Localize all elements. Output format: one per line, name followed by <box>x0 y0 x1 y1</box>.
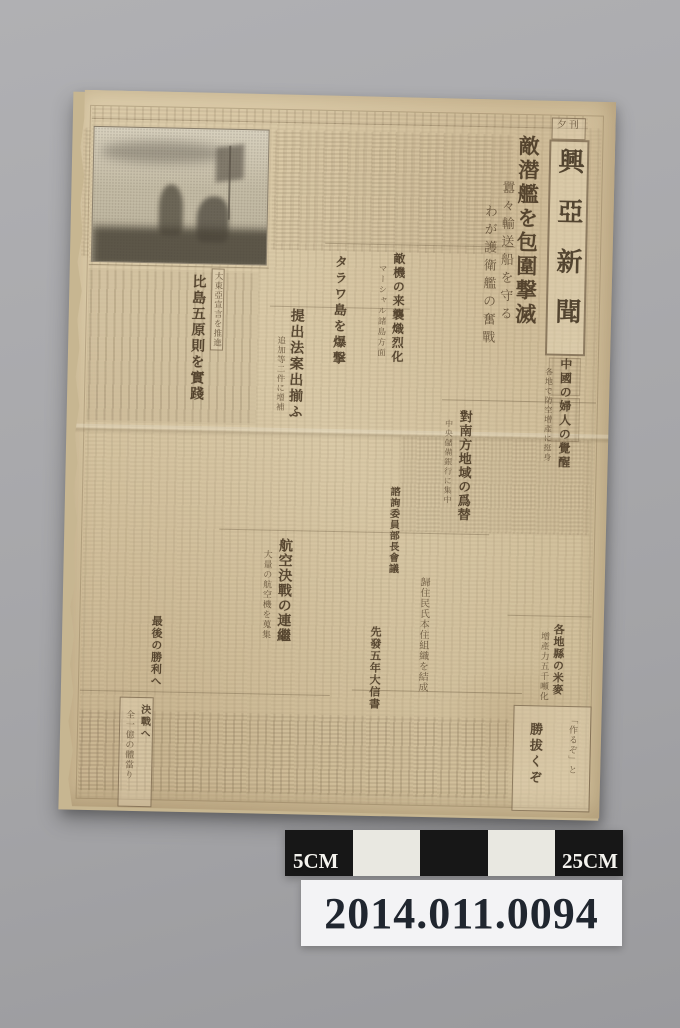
halftone-overlay <box>92 127 269 265</box>
newspaper-page: 夕刊 興亞新聞 敵潜艦を包圍撃滅 囂々輸送船を守る わが護衛艦の奮戰 敵機の来襲… <box>63 90 616 819</box>
make-win-line2: 勝拔くぞ <box>526 708 541 808</box>
headline-china-title: 中國の婦人の覺醒 <box>558 358 572 464</box>
make-win-line1: 「作るぞ」と <box>565 709 576 809</box>
headline-aviation-title: 航空決戰の連繼 <box>276 538 292 636</box>
headline-letter-title: 先發五年大信書 <box>369 626 382 708</box>
headline-raid-title: 敵機の来襲熾烈化 <box>391 252 405 364</box>
scale-segment-white <box>488 830 556 876</box>
scale-segment-white <box>353 830 421 876</box>
headline-rice-sub: 增產力五千噸化 <box>538 631 549 711</box>
headline-philippines-kicker: 大東亞宣言を推進 <box>210 268 224 350</box>
photo-scale-bar: 5CM 25CM <box>285 830 623 876</box>
headline-exchange-title: 對南方地域の爲替 <box>456 410 471 506</box>
battle-callout-box: 決戰へ 全一億の體當り <box>117 697 153 808</box>
battle-box-line2: 全一億の體當り <box>122 700 133 804</box>
masthead-title: 興亞新聞 <box>552 142 582 354</box>
headline-main-sub1: 囂々輸送船を守る <box>497 180 513 340</box>
headline-victory-title: 最後の勝利へ <box>150 615 163 691</box>
headline-aviation-sub: 大量の航空機を蒐集 <box>260 550 271 646</box>
battle-box-line1: 決戰へ <box>137 700 149 804</box>
headline-tarawa-title: タラワ島を爆撃 <box>331 255 346 367</box>
make-win-callout-box: 「作るぞ」と 勝拔くぞ <box>511 705 591 813</box>
edition-label: 夕刊 <box>551 118 585 141</box>
headline-rice-title: 各地縣の米麥 <box>552 624 565 700</box>
headline-residents-title: 歸住民氏本住組織を結成 <box>416 577 428 689</box>
news-photo <box>91 126 270 266</box>
headline-main-title: 敵潜艦を包圍撃滅 <box>514 135 539 345</box>
headline-bills-title: 提出法案出揃ふ <box>287 308 303 426</box>
scale-label-25cm: 25CM <box>562 849 618 874</box>
masthead: 興亞新聞 <box>545 139 590 356</box>
headline-exchange-sub: 中央儲備銀行に集中 <box>443 419 453 505</box>
photograph-stage: 夕刊 興亞新聞 敵潜艦を包圍撃滅 囂々輸送船を守る わが護衛艦の奮戰 敵機の来襲… <box>0 0 680 1028</box>
scale-label-5cm: 5CM <box>293 849 339 874</box>
headline-main-sub2: わが護衛艦の奮戰 <box>480 204 496 364</box>
headline-bills-sub: 追加等二件に增補 <box>275 336 285 418</box>
headline-council-title: 諮詢委員部長會議 <box>386 486 398 578</box>
headline-raid-sub: マーシャル諸島方面 <box>376 264 387 360</box>
headline-china-sub: 各地で防空增產に挺身 <box>543 367 553 461</box>
scale-segment-black <box>420 830 488 876</box>
catalog-number-label: 2014.011.0094 <box>301 880 622 946</box>
catalog-number: 2014.011.0094 <box>324 888 599 939</box>
headline-philippines-title: 比島五原則を實踐 <box>189 274 206 396</box>
